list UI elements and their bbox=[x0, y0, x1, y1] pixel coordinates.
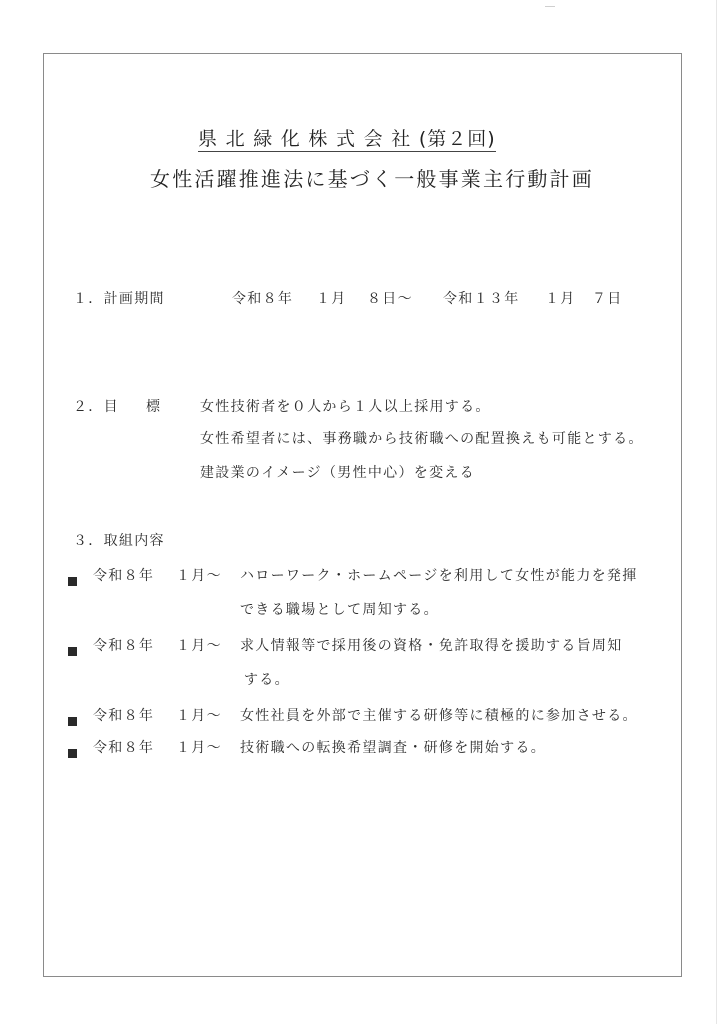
scan-artifact-mark bbox=[545, 6, 555, 7]
period-end-month: １月 bbox=[545, 290, 576, 308]
section2-heading-char: 標 bbox=[146, 398, 161, 416]
period-start-year: 令和８年 bbox=[232, 290, 293, 308]
section1-heading: １．計画期間 bbox=[73, 290, 165, 308]
square-bullet-icon bbox=[68, 711, 77, 730]
square-bullet-icon bbox=[68, 641, 77, 660]
period-end-day: ７日 bbox=[592, 290, 623, 308]
action-date-month: １月～ bbox=[176, 707, 222, 725]
action-date-month: １月～ bbox=[176, 739, 222, 757]
scan-artifact-edge bbox=[716, 0, 717, 1024]
action-date-year: 令和８年 bbox=[93, 567, 154, 585]
period-start-month: １月 bbox=[316, 290, 347, 308]
document-title-plan: 女性活躍推進法に基づく一般事業主行動計画 bbox=[150, 166, 594, 192]
company-name: 県北緑化株式会社 bbox=[198, 128, 419, 150]
action-text: 女性社員を外部で主催する研修等に積極的に参加させる。 bbox=[240, 707, 638, 725]
action-date-month: １月～ bbox=[176, 567, 222, 585]
document-title-company: 県北緑化株式会社(第２回) bbox=[198, 128, 496, 152]
action-text: ハローワーク・ホームページを利用して女性が能力を発揮 bbox=[240, 567, 638, 585]
square-bullet-icon bbox=[68, 571, 77, 590]
action-date-year: 令和８年 bbox=[93, 707, 154, 725]
action-date-month: １月～ bbox=[176, 637, 222, 655]
square-bullet-icon bbox=[68, 743, 77, 762]
action-date-year: 令和８年 bbox=[93, 739, 154, 757]
period-end-year: 令和１３年 bbox=[443, 290, 520, 308]
section2-heading: ２．目 bbox=[73, 398, 119, 416]
goal-item: 女性希望者には、事務職から技術職への配置換えも可能とする。 bbox=[200, 430, 644, 448]
section3-heading: ３．取組内容 bbox=[73, 532, 165, 550]
action-text: 求人情報等で採用後の資格・免許取得を援助する旨周知 bbox=[240, 637, 623, 655]
goal-item: 建設業のイメージ（男性中心）を変える bbox=[200, 464, 475, 482]
edition-label: (第２回) bbox=[419, 128, 496, 150]
action-text-cont: できる職場として周知する。 bbox=[240, 601, 439, 619]
period-start-day: ８日～ bbox=[367, 290, 413, 308]
goal-item: 女性技術者を０人から１人以上採用する。 bbox=[200, 398, 491, 416]
action-text-cont: する。 bbox=[244, 671, 290, 689]
action-text: 技術職への転換希望調査・研修を開始する。 bbox=[240, 739, 546, 757]
action-date-year: 令和８年 bbox=[93, 637, 154, 655]
